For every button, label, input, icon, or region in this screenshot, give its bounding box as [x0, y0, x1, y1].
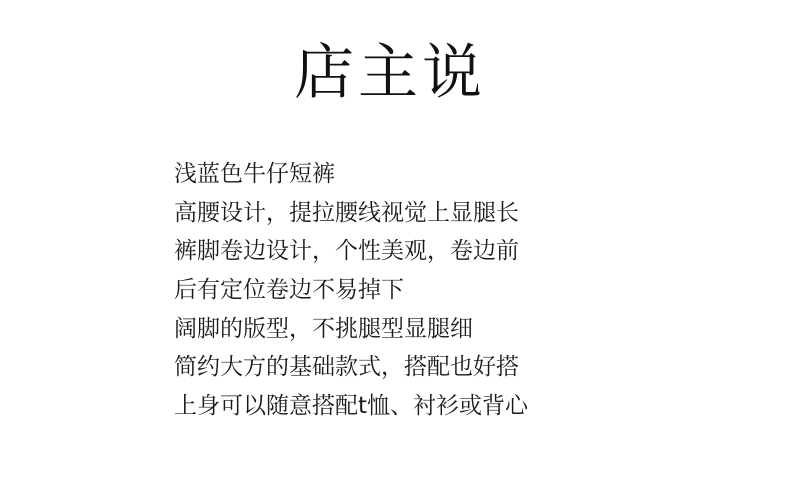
description-block: 浅蓝色牛仔短裤 高腰设计，提拉腰线视觉上显腿长 裤脚卷边设计，个性美观，卷边前 …: [174, 155, 528, 426]
description-line-5: 阔脚的版型，不挑腿型显腿细: [174, 310, 528, 349]
page-title: 店主说: [0, 38, 780, 108]
description-line-7: 上身可以随意搭配t恤、衬衫或背心: [174, 387, 528, 426]
description-line-6: 简约大方的基础款式，搭配也好搭: [174, 348, 528, 387]
description-line-4: 后有定位卷边不易掉下: [174, 271, 528, 310]
description-line-3: 裤脚卷边设计，个性美观，卷边前: [174, 232, 528, 271]
description-line-1: 浅蓝色牛仔短裤: [174, 155, 528, 194]
description-line-2: 高腰设计，提拉腰线视觉上显腿长: [174, 194, 528, 233]
